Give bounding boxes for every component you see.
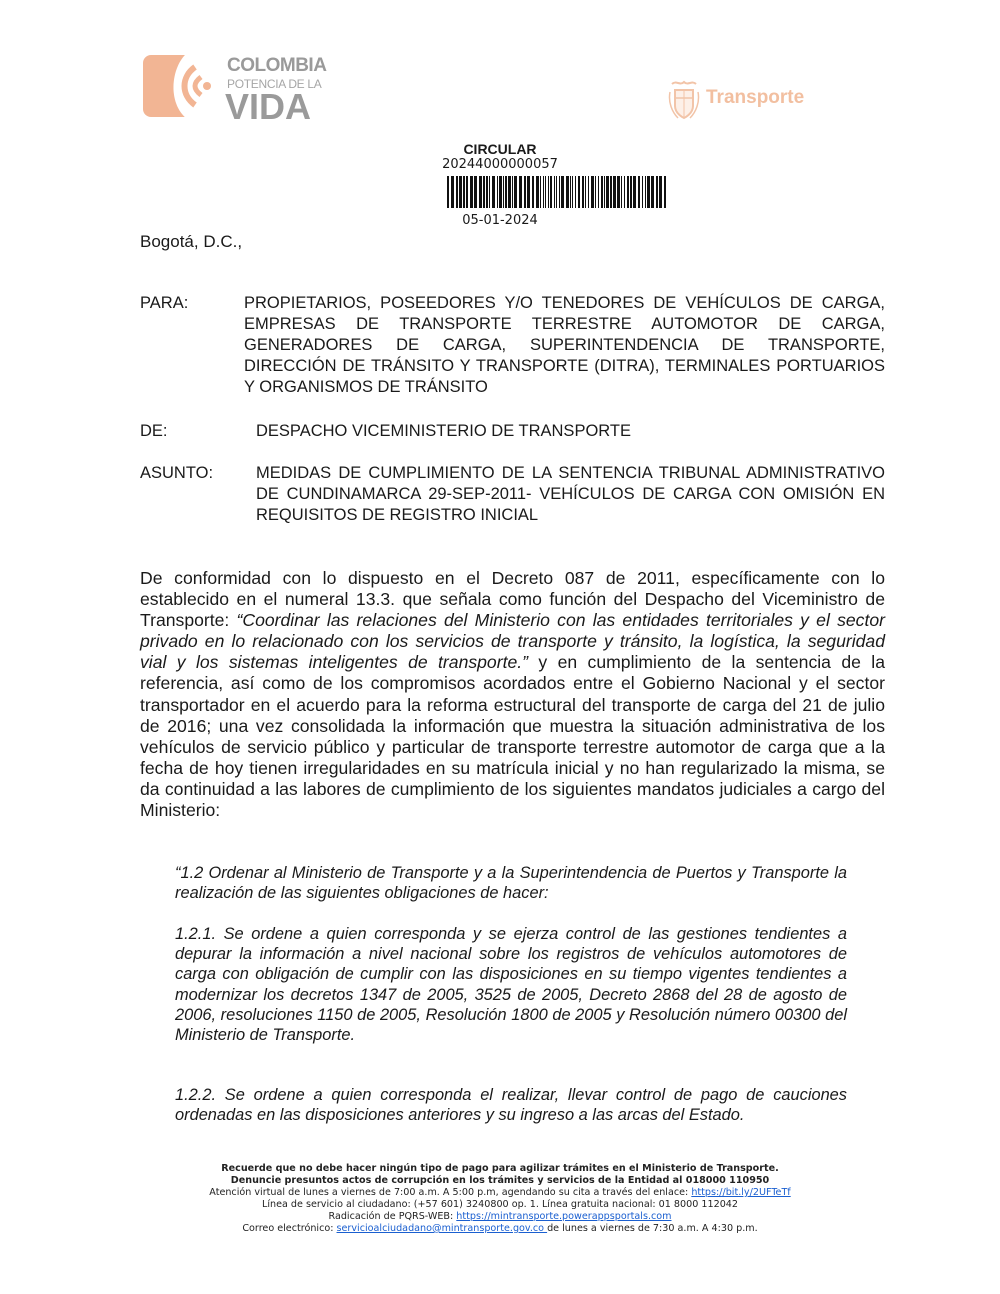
barcode [447, 176, 667, 208]
para-label: PARA: [140, 293, 188, 314]
circular-date: 05-01-2024 [0, 213, 1000, 228]
footer-email-text: Correo electrónico: [242, 1223, 336, 1234]
footer-virtual-attention-text: Atención virtual de lunes a viernes de 7… [209, 1187, 691, 1198]
email-link[interactable]: servicioalciudadano@mintransporte.gov.co [337, 1223, 548, 1234]
transporte-logo-text: Transporte [706, 87, 804, 109]
quote-1-2: “1.2 Ordenar al Ministerio de Transporte… [175, 863, 847, 903]
body-paragraph-end: y en cumplimiento de la sentencia de la … [140, 652, 885, 820]
asunto-value: MEDIDAS DE CUMPLIMIENTO DE LA SENTENCIA … [256, 463, 885, 526]
footer-email: Correo electrónico: servicioalciudadano@… [0, 1223, 1000, 1235]
footer: Recuerde que no debe hacer ningún tipo d… [0, 1163, 1000, 1235]
body-paragraph: De conformidad con lo dispuesto en el De… [140, 568, 885, 821]
footer-phone-lines: Línea de servicio al ciudadano: (+57 601… [0, 1199, 1000, 1211]
appointment-link[interactable]: https://bit.ly/2UFTeTf [691, 1187, 790, 1198]
ministerio-transporte-logo: Transporte [668, 78, 838, 126]
asunto-label: ASUNTO: [140, 463, 213, 484]
signal-waves-logo-icon [143, 53, 211, 119]
coat-of-arms-icon [668, 78, 700, 122]
quote-1-2-1: 1.2.1. Se ordene a quien corresponda y s… [175, 924, 847, 1045]
logo-line-1: COLOMBIA [227, 55, 326, 77]
footer-email-hours: de lunes a viernes de 7:30 a.m. A 4:30 p… [547, 1223, 758, 1234]
para-value: PROPIETARIOS, POSEEDORES Y/O TENEDORES D… [244, 293, 885, 398]
colombia-potencia-de-la-vida-logo: COLOMBIA POTENCIA DE LA VIDA [143, 53, 333, 121]
de-value: DESPACHO VICEMINISTERIO DE TRANSPORTE [256, 421, 885, 442]
circular-number: 20244000000057 [0, 157, 1000, 172]
place-line: Bogotá, D.C., [140, 232, 242, 252]
logo-line-3: VIDA [225, 86, 311, 128]
footer-virtual-attention: Atención virtual de lunes a viernes de 7… [0, 1187, 1000, 1199]
quote-1-2-2: 1.2.2. Se ordene a quien corresponda el … [175, 1085, 847, 1125]
footer-corruption-notice: Denuncie presuntos actos de corrupción e… [0, 1175, 1000, 1187]
footer-payment-warning: Recuerde que no debe hacer ningún tipo d… [0, 1163, 1000, 1175]
de-label: DE: [140, 421, 168, 442]
footer-pqrs: Radicación de PQRS-WEB: https://mintrans… [0, 1211, 1000, 1223]
pqrs-web-link[interactable]: https://mintransporte.powerappsportals.c… [456, 1211, 671, 1222]
footer-pqrs-text: Radicación de PQRS-WEB: [328, 1211, 456, 1222]
circular-title: CIRCULAR [0, 141, 1000, 157]
